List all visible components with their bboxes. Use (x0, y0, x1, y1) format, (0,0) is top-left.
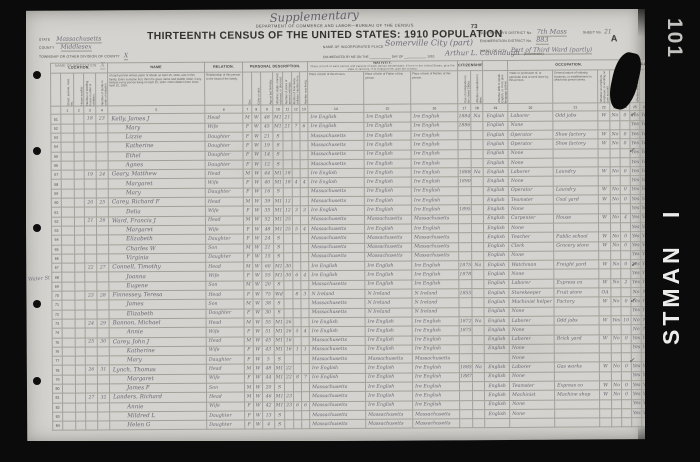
cell-ln: 80 (52, 384, 62, 393)
cell-marital: S (273, 150, 283, 159)
cell-ln: 83 (53, 412, 63, 421)
cell-birthplace_mother: Ire English (412, 363, 459, 373)
cell-industry (554, 223, 599, 233)
cell-out_of_work: No (611, 241, 621, 250)
cell-color: W (253, 309, 262, 318)
cell-out_of_work: No (610, 186, 620, 195)
cell-children_living: 6 (300, 122, 308, 131)
cell-naturalized (473, 419, 485, 428)
cell-dwelling (85, 282, 97, 291)
cell-language: English (484, 242, 509, 251)
cell-age: 45 (261, 123, 273, 132)
cell-weeks_out: 0 (621, 241, 631, 250)
cell-relation: Head (205, 197, 243, 207)
cell-trade: None (509, 344, 554, 354)
cell-employer (598, 176, 610, 185)
cell-trade: Carpenter (509, 214, 554, 224)
cell-years_married (283, 188, 292, 197)
cell-children_living (301, 243, 309, 252)
cell-ln: 66 (52, 254, 62, 263)
cell-children_living (300, 132, 308, 141)
cell-marital: S (273, 188, 283, 197)
cell-immigration_year (459, 214, 472, 223)
microfilm-frame: STATEMassachusetts COUNTYMiddlesex TOWNS… (0, 0, 700, 462)
cell-ln: 59 (51, 189, 61, 198)
cell-relation: Daughter (206, 234, 244, 244)
cell-marital: M1 (273, 178, 283, 187)
column-number: 12 (292, 105, 300, 113)
cell-employer (598, 204, 610, 213)
cell-age: 48 (261, 113, 273, 122)
cell-language: English (483, 130, 508, 139)
cell-family (96, 151, 108, 160)
column-header-marital: Whether single, married, widowed, or div… (273, 72, 283, 105)
cell-relation: Head (206, 262, 244, 272)
cell-out_of_work (612, 418, 622, 427)
column-header-years_married: Number of years of present marriage. (283, 72, 292, 105)
cell-family (98, 421, 110, 430)
cell-years_married: 26 (284, 318, 293, 327)
cell-sex: F (244, 271, 253, 280)
cell-ln: 64 (52, 235, 62, 244)
cell-marital: M1 (273, 123, 283, 132)
cell-marital: S (274, 234, 284, 243)
cell-language: English (484, 223, 509, 232)
cell-children_living (301, 262, 309, 271)
cell-employer: W (598, 186, 610, 195)
cell-language: English (483, 168, 508, 177)
cell-naturalized (471, 177, 483, 186)
cell-employer: W (600, 390, 612, 399)
cell-birthplace_mother: Ire English (411, 196, 458, 206)
cell-employer: W (600, 381, 612, 390)
cell-ln: 84 (53, 421, 63, 430)
cell-out_of_work (611, 223, 621, 232)
cell-relation: Wife (205, 206, 243, 216)
cell-age: 39 (261, 197, 273, 206)
cell-children_living (301, 364, 309, 373)
cell-house (74, 124, 84, 133)
cell-birthplace_father: Ire English (366, 382, 413, 392)
cell-dwelling (85, 356, 97, 365)
cell-street (62, 384, 75, 393)
cell-naturalized (471, 131, 483, 140)
cell-birthplace: Massachusetts (310, 401, 366, 411)
cell-children_living: 4 (301, 271, 309, 280)
enumerator-signature: Arthur L. Cavanaugh(Enumerator) (445, 49, 544, 58)
cell-ln: 53 (51, 133, 61, 142)
cell-birthplace: Ire English (309, 317, 365, 327)
cell-language: English (484, 307, 509, 316)
cell-immigration_year (459, 335, 472, 344)
cell-birthplace_father: Ire English (364, 150, 411, 160)
cell-relation: Head (206, 337, 244, 347)
cell-language: English (483, 205, 508, 214)
cell-children_born (293, 243, 301, 252)
cell-relation: Daughter (205, 160, 243, 170)
cell-birthplace_mother: Ire English (411, 140, 458, 150)
cell-ln: 51 (51, 115, 61, 124)
cell-birthplace_mother: Ire English (411, 187, 458, 197)
cell-house (75, 245, 85, 254)
cell-ln: 82 (53, 403, 63, 412)
cell-street (62, 347, 75, 356)
cell-dwelling: 23 (85, 291, 97, 300)
cell-birthplace_father: Ire English (364, 122, 411, 132)
cell-house (75, 356, 85, 365)
cell-language: English (483, 186, 508, 195)
cell-trade: Laborer (508, 112, 553, 122)
cell-birthplace: Ire English (309, 373, 365, 383)
cell-family: 31 (97, 365, 109, 374)
cell-naturalized (471, 196, 483, 205)
cell-house (75, 282, 85, 291)
cell-street (61, 133, 74, 142)
cell-immigration_year: 1875 (459, 326, 472, 335)
cell-weeks_out: 0 (622, 390, 632, 399)
cell-birthplace_mother: Massachusetts (412, 242, 459, 252)
cell-birthplace_mother: N Ireland (412, 298, 459, 308)
cell-immigration_year (459, 307, 472, 316)
cell-age: 16 (261, 188, 273, 197)
cell-children_born: 6 (293, 271, 301, 280)
cell-naturalized (471, 158, 483, 167)
cell-children_born (293, 355, 301, 364)
cell-house (74, 170, 84, 179)
cell-trade: Machinist (510, 390, 555, 400)
cell-ln: 74 (52, 328, 62, 337)
cell-age: 20 (262, 281, 274, 290)
cell-naturalized (472, 307, 484, 316)
cell-dwelling (84, 133, 96, 142)
cell-marital: M1 (274, 364, 284, 373)
cell-children_born (293, 383, 301, 392)
column-group-header: LOCATION. (51, 63, 108, 74)
cell-birthplace_mother: Ire English (412, 224, 459, 234)
cell-weeks_out (621, 251, 631, 260)
cell-weeks_out: 2 (621, 278, 631, 287)
cell-sex: M (244, 364, 253, 373)
cell-birthplace_father: Massachusetts (365, 243, 412, 253)
cell-weeks_out: 0 (621, 232, 631, 241)
cell-language: English (483, 149, 508, 158)
cell-trade: Clerk (509, 242, 554, 252)
cell-years_married: 30 (284, 262, 293, 271)
cell-house (74, 161, 84, 170)
cell-out_of_work (611, 353, 621, 362)
cell-house (75, 375, 85, 384)
cell-house (75, 319, 85, 328)
cell-industry: Shoe factory (553, 139, 598, 149)
cell-family (96, 207, 108, 216)
pencil-checkmark: ✓ (629, 296, 637, 306)
cell-children_living (302, 392, 310, 401)
cell-children_living (301, 336, 309, 345)
cell-out_of_work: No (610, 111, 620, 120)
cell-language: English (483, 140, 508, 149)
cell-ln: 69 (52, 282, 62, 291)
cell-ln: 60 (51, 198, 61, 207)
cell-children_living (300, 150, 308, 159)
column-group-header: CITIZENSHIP. (458, 61, 483, 72)
cell-birthplace_mother: Massachusetts (412, 214, 459, 224)
cell-family (97, 328, 109, 337)
cell-family (97, 347, 109, 356)
cell-ln: 70 (52, 291, 62, 300)
cell-children_born: 8 (293, 373, 301, 382)
cell-naturalized (472, 298, 484, 307)
cell-age: 44 (261, 169, 273, 178)
cell-sex: M (243, 169, 252, 178)
cell-dwelling (86, 412, 98, 421)
cell-weeks_out (622, 399, 632, 408)
cell-dwelling (84, 189, 96, 198)
cell-street (62, 338, 75, 347)
cell-age: 52 (261, 216, 273, 225)
column-header-birthplace_mother: Place of birth of Mother of this person. (411, 71, 458, 104)
cell-naturalized (472, 372, 484, 381)
cell-birthplace: Massachusetts (308, 159, 364, 169)
column-header-street: Street, avenue, road, etc. (61, 73, 74, 106)
cell-birthplace_mother: Massachusetts (413, 419, 460, 429)
cell-out_of_work (611, 371, 621, 380)
cell-family (98, 412, 110, 421)
cell-out_of_work (610, 120, 620, 129)
cell-immigration_year (460, 410, 473, 419)
cell-employer (600, 418, 612, 427)
cell-years_married (283, 141, 292, 150)
cell-employer: W (598, 195, 610, 204)
cell-birthplace: Massachusetts (309, 252, 365, 262)
cell-sex: F (243, 123, 252, 132)
cell-family (97, 244, 109, 253)
cell-dwelling (85, 310, 97, 319)
cell-birthplace_mother: Massachusetts (412, 354, 459, 364)
cell-marital: S (274, 243, 284, 252)
cell-street (62, 291, 75, 300)
cell-naturalized: Na (472, 317, 484, 326)
cell-age: 14 (261, 150, 273, 159)
film-border-left (0, 0, 26, 462)
cell-language: English (485, 381, 510, 390)
cell-employer (598, 148, 610, 157)
cell-house (75, 384, 85, 393)
cell-weeks_out: 0 (622, 381, 632, 390)
cell-trade: None (508, 205, 553, 215)
column-header-name: of each person whose place of abode on A… (108, 73, 205, 107)
cell-birthplace_father: N Ireland (365, 289, 412, 299)
cell-naturalized (471, 149, 483, 158)
column-header-immigration_year: Year of immigration to the United States… (458, 71, 471, 104)
cell-color: W (252, 160, 261, 169)
cell-color: W (254, 392, 263, 401)
cell-relation: Daughter (206, 355, 244, 365)
film-border-bottom (0, 441, 700, 462)
cell-street (61, 124, 74, 133)
cell-years_married (284, 253, 293, 262)
cell-employer: W (599, 213, 611, 222)
cell-dwelling (84, 142, 96, 151)
cell-sex: M (243, 113, 252, 122)
film-brand-text-secondary: I (658, 212, 685, 218)
column-header-age: Age at last birthday. (261, 72, 273, 105)
cell-birthplace_father: Ire English (364, 131, 411, 141)
cell-street (63, 412, 76, 421)
cell-birthplace: Massachusetts (309, 299, 365, 309)
cell-house (75, 226, 85, 235)
cell-street (62, 375, 75, 384)
film-brand-text: STMAN (658, 243, 685, 345)
cell-street (61, 170, 74, 179)
cell-sex: M (243, 216, 252, 225)
cell-family (97, 235, 109, 244)
column-header-language: Whether able to speak English; or, if no… (483, 71, 508, 104)
cell-immigration_year (460, 382, 473, 391)
cell-age: 21 (262, 243, 274, 252)
column-header-family: Number of family in order of visitation. (96, 73, 108, 106)
table-wrap: LOCATION.NAMERELATION.PERSONAL DESCRIPTI… (50, 59, 700, 432)
cell-street (61, 189, 74, 198)
punch-hole (33, 377, 41, 385)
cell-immigration_year: 1875 (459, 261, 472, 270)
cell-out_of_work (610, 176, 620, 185)
cell-naturalized (472, 344, 484, 353)
cell-street (63, 421, 76, 430)
column-number: 21 (553, 103, 598, 111)
cell-marital: S (274, 308, 284, 317)
column-header-birthplace: Place of birth of this Person. (308, 72, 364, 105)
cell-immigration_year (459, 224, 472, 233)
cell-ln: 68 (52, 273, 62, 282)
cell-employer: W (599, 232, 611, 241)
cell-birthplace: Massachusetts (310, 392, 366, 402)
cell-trade (510, 418, 555, 428)
cell-years_married: 12 (283, 197, 292, 206)
column-group-header: NAME (108, 62, 205, 73)
cell-street (61, 114, 74, 123)
cell-years_married: 23 (285, 401, 294, 410)
cell-dwelling: 25 (85, 337, 97, 346)
cell-sex: F (244, 253, 253, 262)
cell-immigration_year: 1886 (458, 121, 471, 130)
cell-naturalized (471, 205, 483, 214)
cell-marital: M1 (275, 392, 285, 401)
cell-dwelling (85, 328, 97, 337)
cell-employer: W (599, 297, 611, 306)
cell-immigration_year (460, 400, 473, 409)
cell-age: 4 (263, 420, 275, 429)
cell-language: English (484, 288, 509, 297)
column-header-employer: Whether an employer, employee, or workin… (598, 70, 610, 103)
cell-language (484, 354, 509, 363)
cell-birthplace_mother: Ire English (411, 205, 458, 215)
cell-employer (599, 344, 611, 353)
cell-relation: Son (206, 244, 244, 254)
cell-family (97, 254, 109, 263)
cell-color: W (252, 188, 261, 197)
cell-street (62, 235, 75, 244)
cell-language: English (484, 316, 509, 325)
cell-house (75, 365, 85, 374)
cell-children_born (293, 318, 301, 327)
cell-color: W (254, 402, 263, 411)
cell-children_born: 1 (293, 346, 301, 355)
cell-street (61, 198, 74, 207)
incorporated-place-value: Somerville City (part) (385, 38, 473, 48)
cell-ln: 73 (52, 319, 62, 328)
cell-immigration_year (459, 344, 472, 353)
cell-color: W (252, 178, 261, 187)
cell-house (74, 142, 84, 151)
cell-birthplace_mother: Ire English (411, 159, 458, 169)
cell-street (62, 282, 75, 291)
sheet-letter: A (611, 33, 618, 43)
cell-children_living (302, 420, 310, 429)
cell-family (96, 124, 108, 133)
cell-weeks_out (621, 371, 631, 380)
cell-language: English (484, 270, 509, 279)
cell-color: W (252, 216, 261, 225)
cell-marital: M1 (273, 113, 283, 122)
cell-dwelling (85, 347, 97, 356)
cell-birthplace: Ire English (308, 113, 364, 123)
cell-years_married (285, 411, 294, 420)
cell-house (75, 347, 85, 356)
cell-out_of_work (611, 306, 621, 315)
cell-birthplace_mother: Massachusetts (412, 252, 459, 262)
pencil-checkmark: ✓ (630, 260, 638, 270)
cell-birthplace_father: Ire English (365, 336, 412, 346)
cell-sex: F (243, 160, 252, 169)
cell-language (485, 419, 510, 428)
cell-street (62, 319, 75, 328)
cell-family (98, 402, 110, 411)
cell-family: 27 (97, 263, 109, 272)
cell-relation: Daughter (207, 411, 245, 421)
cell-birthplace_mother: Ire English (412, 279, 459, 289)
cell-relation: Daughter (205, 151, 243, 161)
cell-out_of_work (611, 344, 621, 353)
cell-immigration_year: 1885 (459, 363, 472, 372)
cell-dwelling: 18 (84, 114, 96, 123)
cell-ln: 56 (51, 161, 61, 170)
cell-naturalized (472, 335, 484, 344)
cell-weeks_out: 4 (621, 213, 631, 222)
cell-family: 25 (96, 198, 108, 207)
cell-color: W (253, 299, 262, 308)
cell-age: 60 (262, 262, 274, 271)
cell-birthplace_mother: Ire English (411, 131, 458, 141)
cell-naturalized (473, 409, 485, 418)
cell-language: English (484, 251, 509, 260)
cell-children_living: 1 (301, 345, 309, 354)
cell-birthplace: Massachusetts (309, 345, 365, 355)
cell-industry (555, 418, 600, 428)
cell-immigration_year (458, 131, 471, 140)
cell-children_living (301, 308, 309, 317)
cell-relation: Wife (206, 346, 244, 356)
cell-birthplace_mother: Ire English (413, 382, 460, 392)
cell-age: 55 (262, 271, 274, 280)
cell-family: 24 (96, 170, 108, 179)
cell-ln: 63 (52, 226, 62, 235)
cell-trade: None (509, 251, 554, 261)
cell-marital: M1 (274, 225, 284, 234)
cell-industry: Laundry (553, 186, 598, 196)
cell-immigration_year: 1887 (459, 372, 472, 381)
cell-children_born: 3 (292, 206, 300, 215)
cell-dwelling (85, 300, 97, 309)
